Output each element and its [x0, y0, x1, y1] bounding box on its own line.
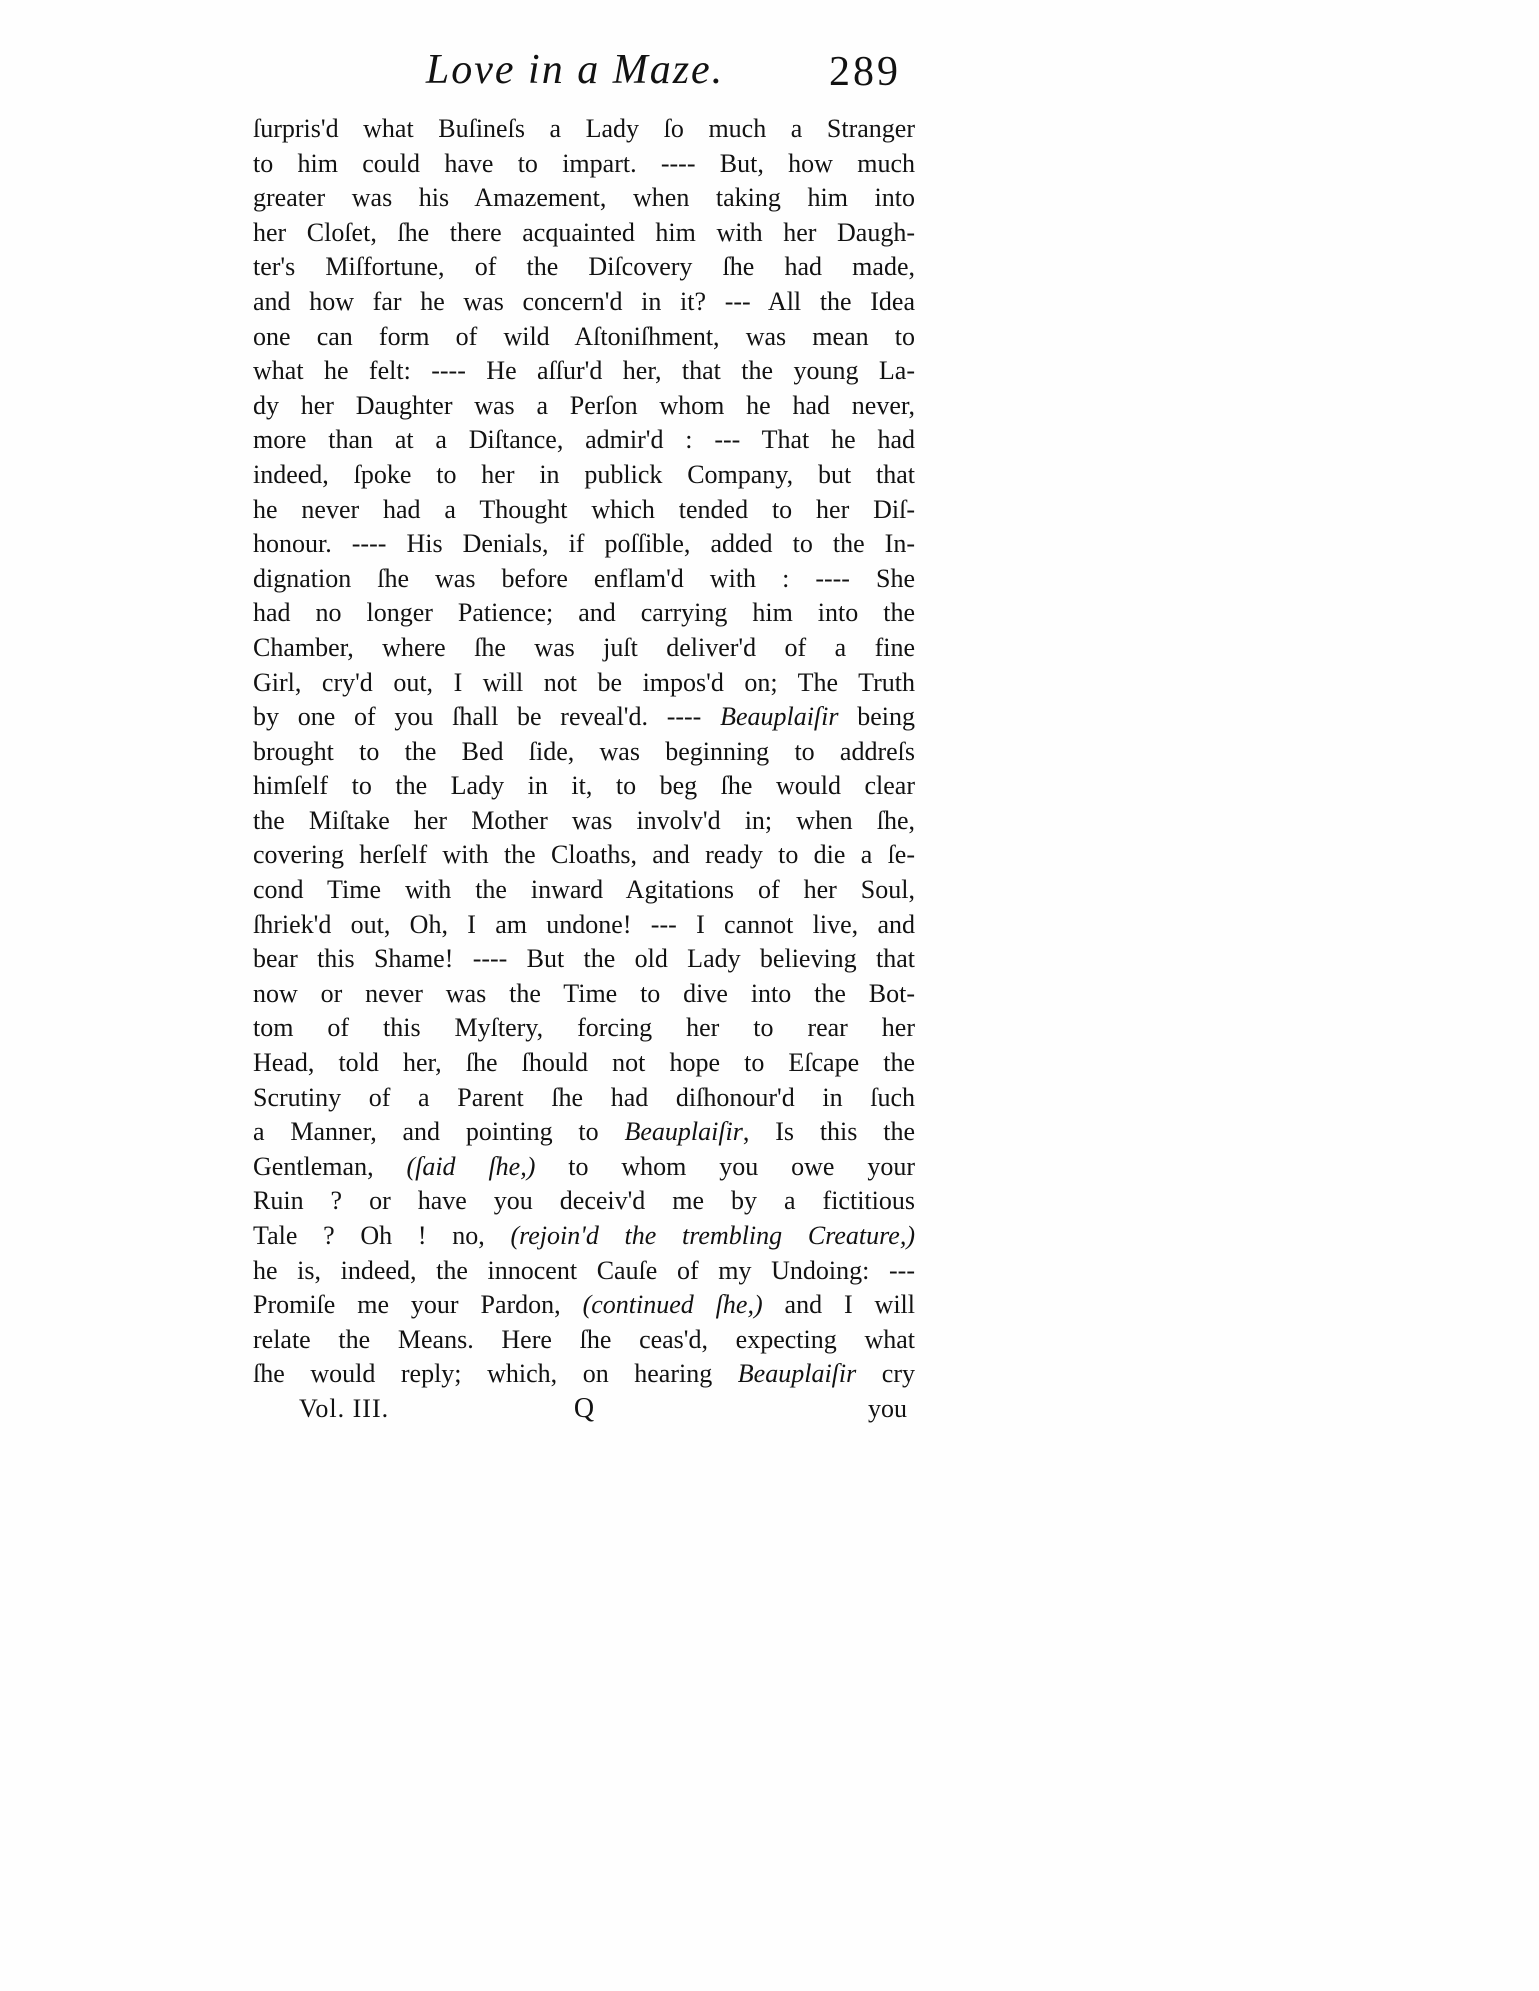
text-line: he never had a Thought which tended to h…	[253, 493, 915, 528]
text-line: the Miſtake her Mother was involv'd in; …	[253, 804, 915, 839]
page-footer: Vol. III. Q you	[253, 1392, 915, 1427]
text-line: by one of you ſhall be reveal'd. ---- Be…	[253, 700, 915, 735]
text-line: brought to the Bed ſide, was beginning t…	[253, 735, 915, 770]
text-line: Scrutiny of a Parent ſhe had diſhonour'd…	[253, 1081, 915, 1116]
text-line: ter's Miſfortune, of the Diſcovery ſhe h…	[253, 250, 915, 285]
page-number: 289	[829, 48, 901, 96]
text-line: bear this Shame! ---- But the old Lady b…	[253, 942, 915, 977]
text-line: Gentleman, (ſaid ſhe,) to whom you owe y…	[253, 1150, 915, 1185]
text-line: and how far he was concern'd in it? --- …	[253, 285, 915, 320]
page-title: Love in a Maze.	[426, 46, 724, 94]
text-line: Promiſe me your Pardon, (continued ſhe,)…	[253, 1288, 915, 1323]
text-line: Girl, cry'd out, I will not be impos'd o…	[253, 666, 915, 701]
text-column: Love in a Maze. 289 ſurpris'd what Buſin…	[253, 46, 915, 1427]
text-line: greater was his Amazement, when taking h…	[253, 181, 915, 216]
book-page: Love in a Maze. 289 ſurpris'd what Buſin…	[0, 0, 1539, 1991]
text-line: ſurpris'd what Buſineſs a Lady ſo much a…	[253, 112, 915, 147]
text-line: had no longer Patience; and carrying him…	[253, 596, 915, 631]
text-line: Ruin ? or have you deceiv'd me by a fict…	[253, 1184, 915, 1219]
volume-label: Vol. III.	[299, 1392, 389, 1427]
text-line: a Manner, and pointing to Beauplaiſir, I…	[253, 1115, 915, 1150]
text-line: her Cloſet, ſhe there acquainted him wit…	[253, 216, 915, 251]
text-line: what he felt: ---- He aſſur'd her, that …	[253, 354, 915, 389]
text-line: one can form of wild Aſtoniſhment, was m…	[253, 320, 915, 355]
text-line: covering herſelf with the Cloaths, and r…	[253, 838, 915, 873]
page-header: Love in a Maze. 289	[253, 46, 915, 106]
text-line: tom of this Myſtery, forcing her to rear…	[253, 1011, 915, 1046]
text-line: himſelf to the Lady in it, to beg ſhe wo…	[253, 769, 915, 804]
text-line: more than at a Diſtance, admir'd : --- T…	[253, 423, 915, 458]
text-line: now or never was the Time to dive into t…	[253, 977, 915, 1012]
text-line: ſhe would reply; which, on hearing Beaup…	[253, 1357, 915, 1392]
text-line: relate the Means. Here ſhe ceas'd, expec…	[253, 1323, 915, 1358]
text-line: he is, indeed, the innocent Cauſe of my …	[253, 1254, 915, 1289]
text-line: Tale ? Oh ! no, (rejoin'd the trembling …	[253, 1219, 915, 1254]
catchword: you	[868, 1392, 907, 1427]
text-line: ſhriek'd out, Oh, I am undone! --- I can…	[253, 908, 915, 943]
text-line: honour. ---- His Denials, if poſſible, a…	[253, 527, 915, 562]
text-line: to him could have to impart. ---- But, h…	[253, 147, 915, 182]
text-line: dignation ſhe was before enflam'd with :…	[253, 562, 915, 597]
body-text: ſurpris'd what Buſineſs a Lady ſo much a…	[253, 112, 915, 1392]
text-line: Chamber, where ſhe was juſt deliver'd of…	[253, 631, 915, 666]
text-line: dy her Daughter was a Perſon whom he had…	[253, 389, 915, 424]
text-line: indeed, ſpoke to her in publick Company,…	[253, 458, 915, 493]
signature-mark: Q	[574, 1392, 594, 1427]
text-line: cond Time with the inward Agitations of …	[253, 873, 915, 908]
text-line: Head, told her, ſhe ſhould not hope to E…	[253, 1046, 915, 1081]
